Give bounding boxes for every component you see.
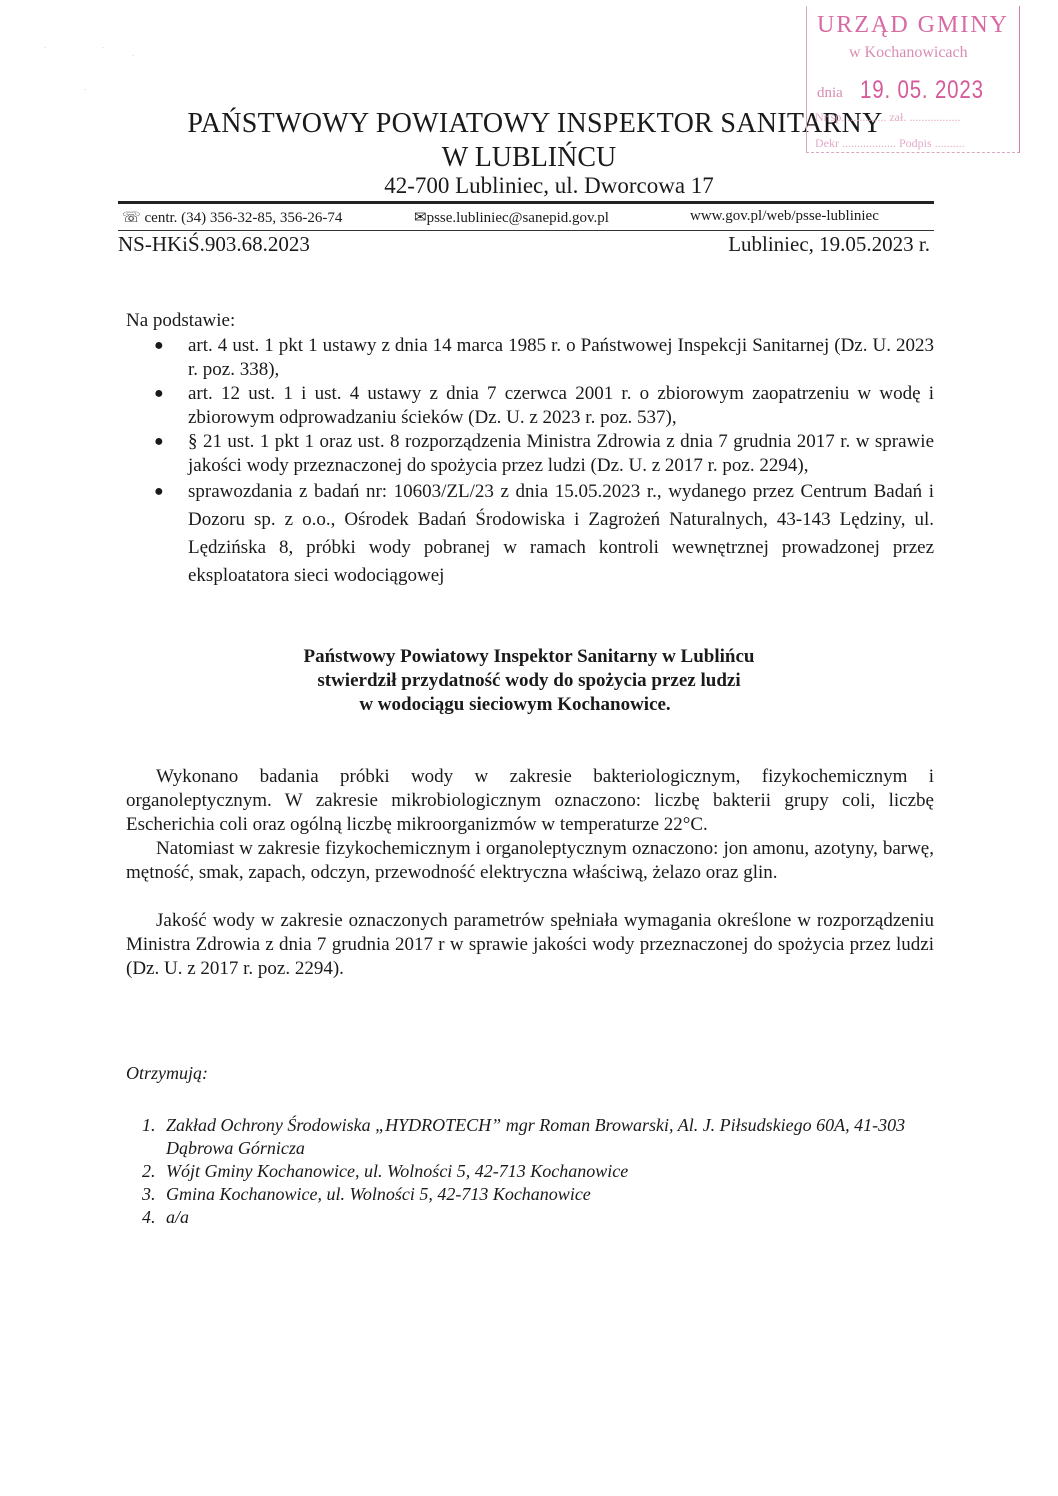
scan-speck: · xyxy=(44,44,46,52)
reference-number: NS-HKiŚ.903.68.2023 xyxy=(118,232,310,257)
basis-item: ●art. 12 ust. 1 i ust. 4 ustawy z dnia 7… xyxy=(126,382,934,430)
header-divider-thin xyxy=(118,230,934,231)
bullet-icon: ● xyxy=(154,382,164,406)
website-link[interactable]: www.gov.pl/web/psse-lubliniec xyxy=(690,208,879,225)
legal-basis-list: ●art. 4 ust. 1 pkt 1 ustawy z dnia 14 ma… xyxy=(126,334,934,590)
bullet-icon: ● xyxy=(154,430,164,454)
contact-phone: ☏ centr. (34) 356-32-85, 356-26-74 xyxy=(122,208,342,227)
basis-item: ●sprawozdania z badań nr: 10603/ZL/23 z … xyxy=(126,478,934,590)
bullet-icon: ● xyxy=(154,478,164,506)
recipient-item: 3.Gmina Kochanowice, ul. Wolności 5, 42-… xyxy=(126,1183,934,1206)
header-divider-thick xyxy=(118,201,934,204)
basis-item: ●§ 21 ust. 1 pkt 1 oraz ust. 8 rozporząd… xyxy=(126,430,934,478)
recipients-label: Otrzymują: xyxy=(126,1063,208,1084)
telephone-icon: ☏ xyxy=(122,210,141,226)
recipient-item: 1.Zakład Ochrony Środowiska „HYDROTECH” … xyxy=(126,1114,934,1160)
email-icon: ✉ xyxy=(414,210,427,226)
place-date: Lubliniec, 19.05.2023 r. xyxy=(728,232,930,257)
scan-speck: · xyxy=(102,44,104,52)
receipt-stamp: URZĄD GMINY w Kochanowicach dnia 19. 05.… xyxy=(806,6,1020,153)
basis-label: Na podstawie: xyxy=(126,310,235,332)
stamp-subtitle: w Kochanowicach xyxy=(849,44,968,62)
authority-address: 42-700 Lubliniec, ul. Dworcowa 17 xyxy=(0,173,1058,199)
basis-item: ●art. 4 ust. 1 pkt 1 ustawy z dnia 14 ma… xyxy=(126,334,934,382)
recipient-item: 4.a/a xyxy=(126,1206,934,1229)
scan-speck: · xyxy=(132,52,134,60)
decision-statement: Państwowy Powiatowy Inspektor Sanitarny … xyxy=(0,645,1058,717)
stamp-title: URZĄD GMINY xyxy=(817,12,1009,39)
recipients-list: 1.Zakład Ochrony Środowiska „HYDROTECH” … xyxy=(126,1114,934,1229)
stamp-date-label: dnia xyxy=(817,85,843,102)
body-paragraph: Jakość wody w zakresie oznaczonych param… xyxy=(126,909,934,981)
stamp-date: 19. 05. 2023 xyxy=(860,76,984,105)
stamp-row-signature: Dekr .................. Podpis .........… xyxy=(815,136,965,151)
recipient-item: 2.Wójt Gminy Kochanowice, ul. Wolności 5… xyxy=(126,1160,934,1183)
email-text[interactable]: psse.lubliniec@sanepid.gov.pl xyxy=(427,210,609,226)
contact-email[interactable]: ✉psse.lubliniec@sanepid.gov.pl xyxy=(414,208,609,227)
stamp-row-number: Nr sp. ............. zał. ..............… xyxy=(815,110,960,125)
phone-text: centr. (34) 356-32-85, 356-26-74 xyxy=(145,210,343,226)
scan-speck: · xyxy=(84,86,86,94)
body-paragraph: Natomiast w zakresie fizykochemicznym i … xyxy=(126,837,934,885)
body-paragraph: Wykonano badania próbki wody w zakresie … xyxy=(126,765,934,837)
decision-line: Państwowy Powiatowy Inspektor Sanitarny … xyxy=(0,645,1058,669)
decision-line: w wodociągu sieciowym Kochanowice. xyxy=(0,693,1058,717)
decision-line: stwierdził przydatność wody do spożycia … xyxy=(0,669,1058,693)
bullet-icon: ● xyxy=(154,334,164,358)
